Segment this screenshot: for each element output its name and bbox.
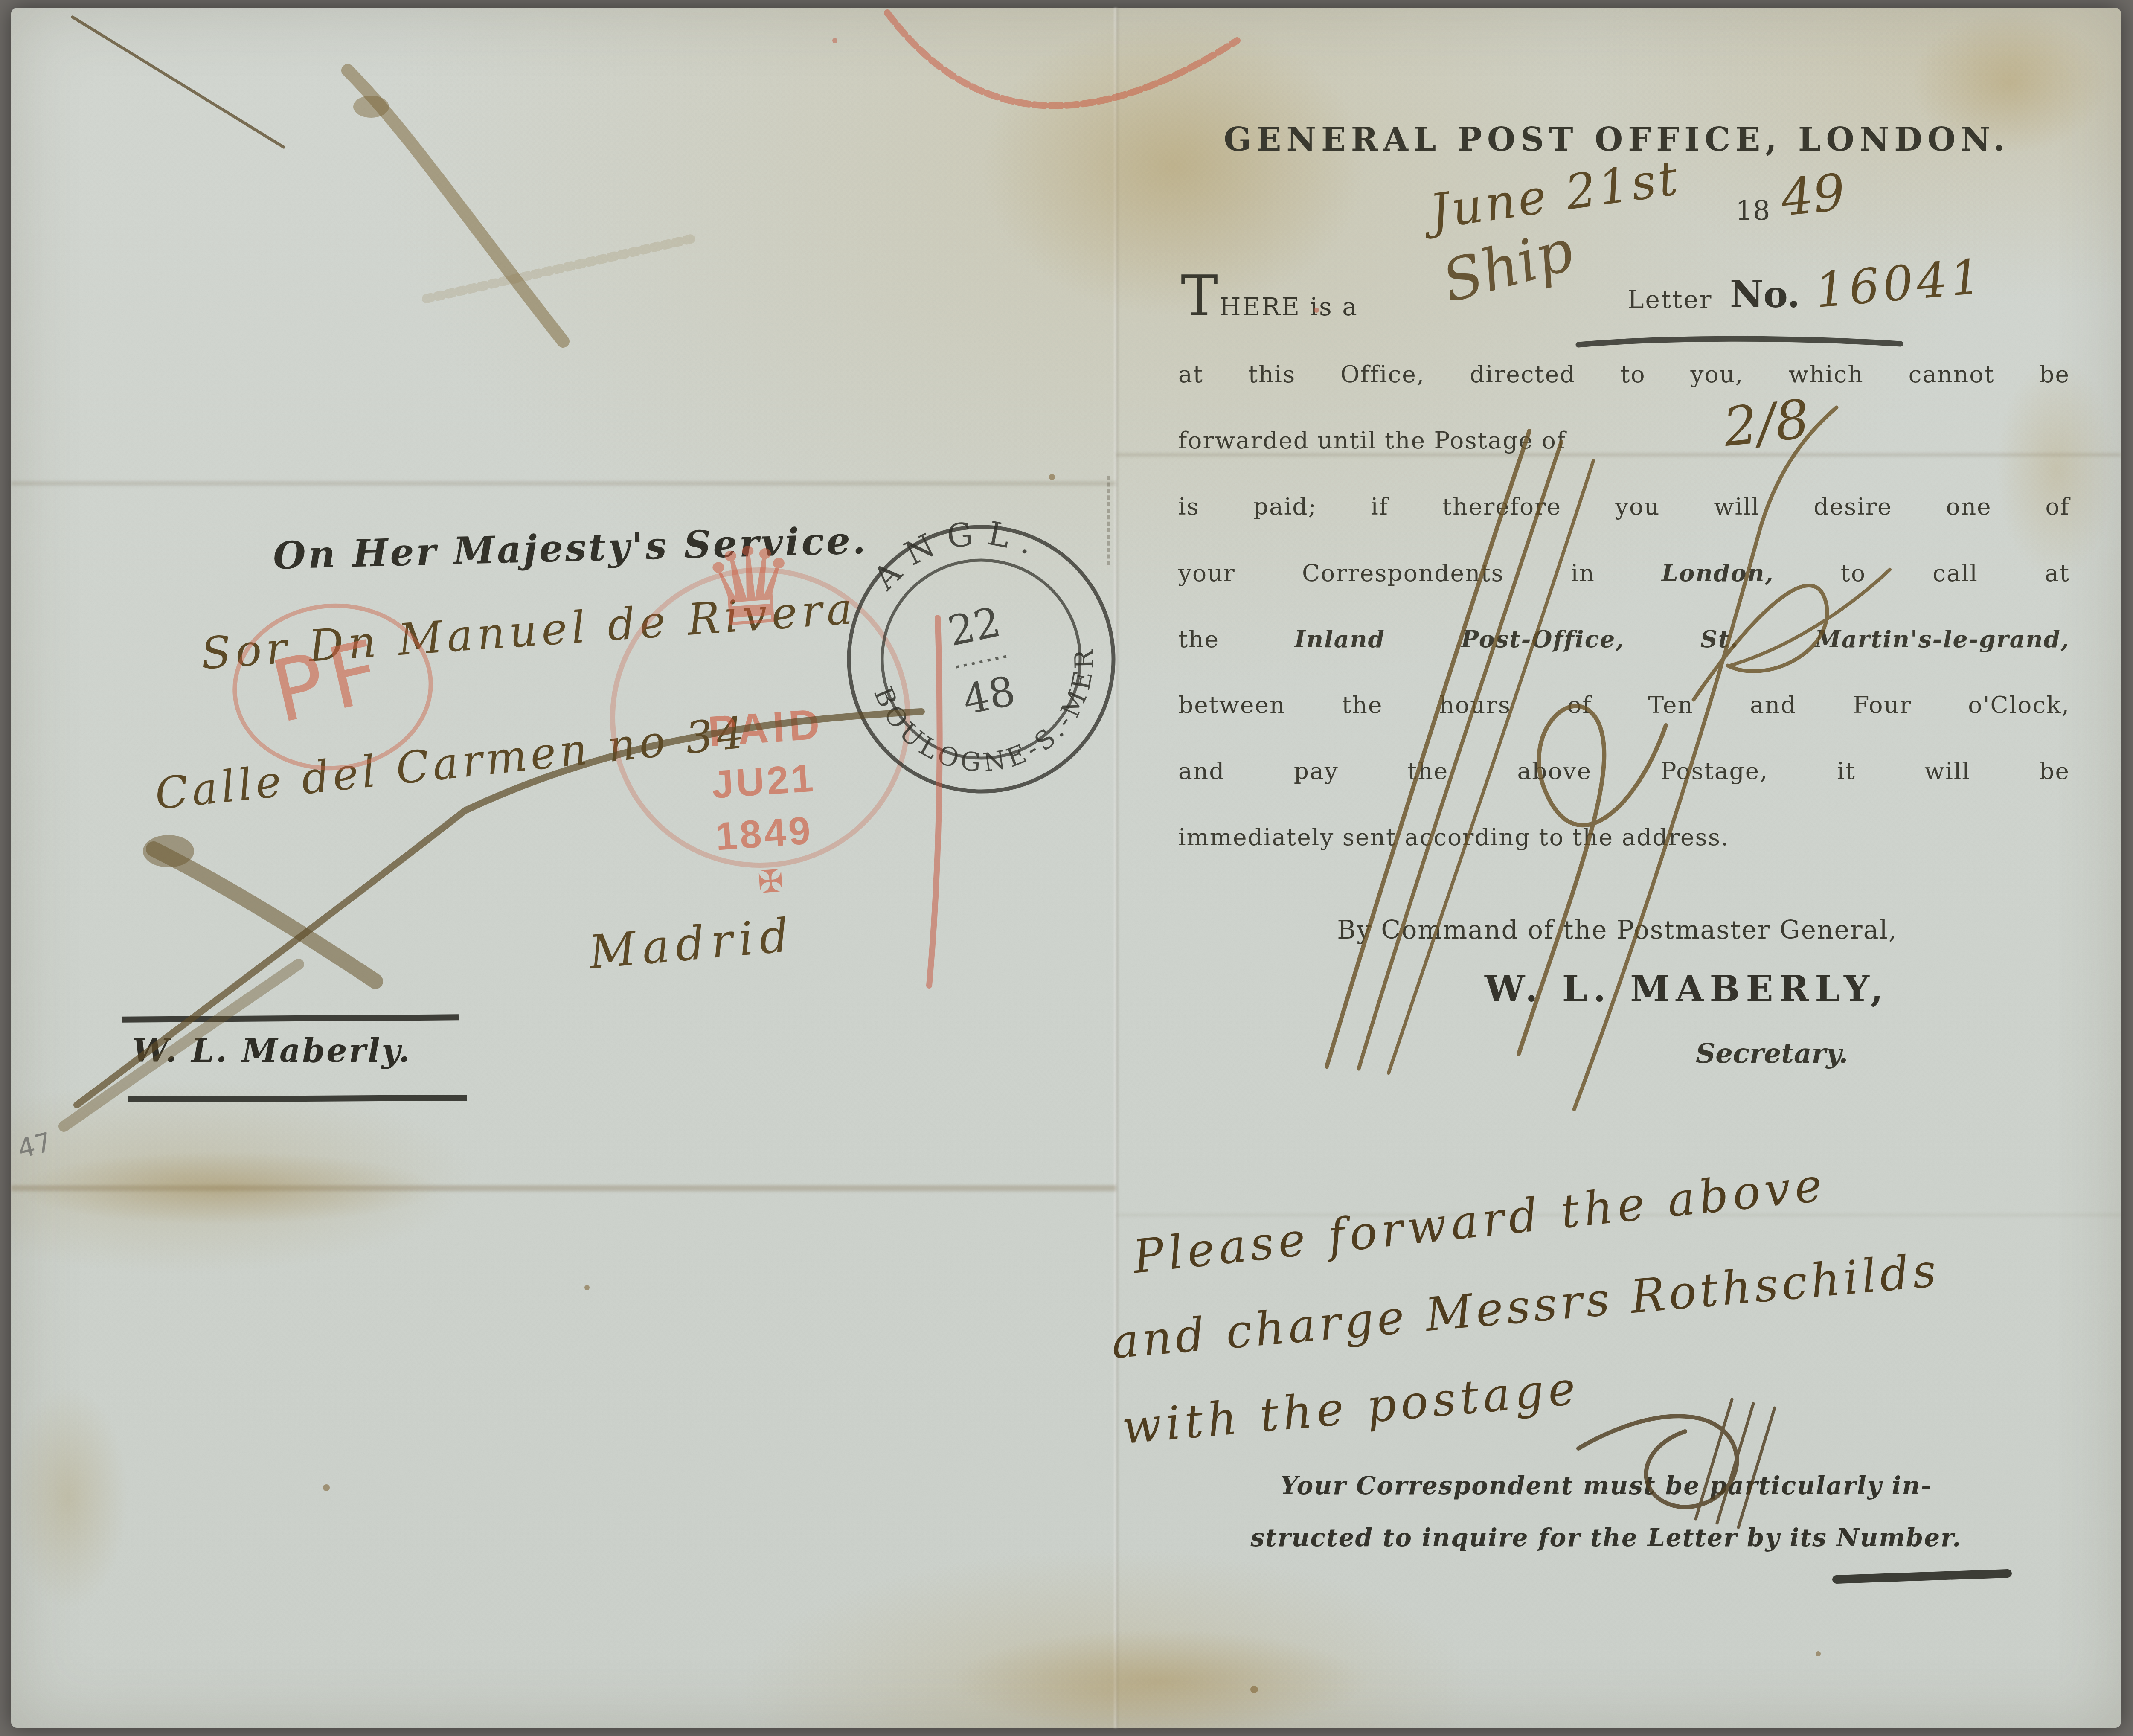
- ink-marks-overlay: [0, 0, 2133, 1736]
- red-speckle: [1314, 308, 1319, 313]
- ink-blot: [143, 835, 194, 867]
- red-slash-mark: [929, 618, 940, 986]
- diagonal-scrawl: [1327, 407, 1890, 1109]
- footer-underline: [1837, 1573, 2008, 1579]
- paper-speckles: [323, 474, 1821, 1693]
- ink-smudge: [77, 712, 921, 1105]
- offset-ink-traces: [427, 239, 691, 299]
- pen-stroke: [73, 17, 284, 147]
- ink-blot: [353, 96, 389, 118]
- note-flourish: [1578, 1399, 1775, 1527]
- hand-underline-number: [1578, 339, 1901, 345]
- red-offset-arc: [887, 13, 1237, 106]
- red-speckle: [832, 38, 837, 43]
- ink-smudge: [64, 964, 299, 1126]
- scanned-document: { "colors": { "frame": "#6d6a66", "paper…: [0, 0, 2133, 1736]
